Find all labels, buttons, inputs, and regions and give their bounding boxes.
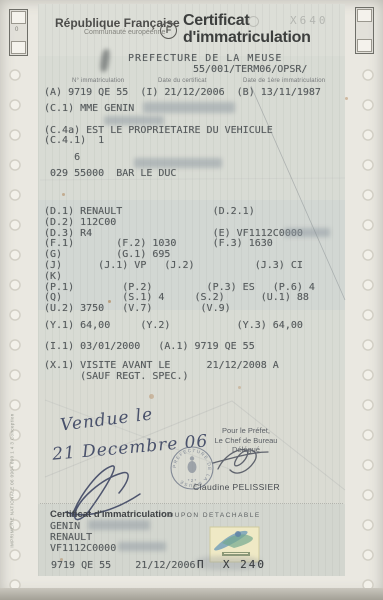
for-prefet-line2: Le Chef de Bureau xyxy=(200,436,292,445)
bottom-edge-shadow xyxy=(0,588,383,600)
coupon-subtitle: COUPON DETACHABLE xyxy=(162,512,261,519)
redacted-coupon-vin xyxy=(118,542,166,551)
for-prefet-line3: Délégué xyxy=(200,445,292,454)
coupon-plate-date: 9719 QE 55 21/12/2006 xyxy=(51,560,196,571)
coupon-serial: Π X 240 xyxy=(197,558,266,571)
redacted-coupon-name xyxy=(88,520,150,530)
paper-specks xyxy=(108,300,111,303)
coupon-perforation xyxy=(40,503,343,504)
coupon-make: RENAULT xyxy=(50,532,92,543)
fold-crease-lines xyxy=(40,86,345,490)
coupon-vin: VF1112C0000 xyxy=(50,543,116,554)
scanned-certificate-page: 0 IMPRIMERIE NATIONALE 06 0964 690 1 4 3… xyxy=(0,0,383,600)
coupon-title: Certificat d'immatriculation xyxy=(50,509,173,520)
coupon-holder-name: GENIN xyxy=(50,521,80,532)
signer-name: Claudine PELISSIER xyxy=(193,482,280,492)
for-prefet-line1: Pour le Préfet, xyxy=(200,427,292,436)
